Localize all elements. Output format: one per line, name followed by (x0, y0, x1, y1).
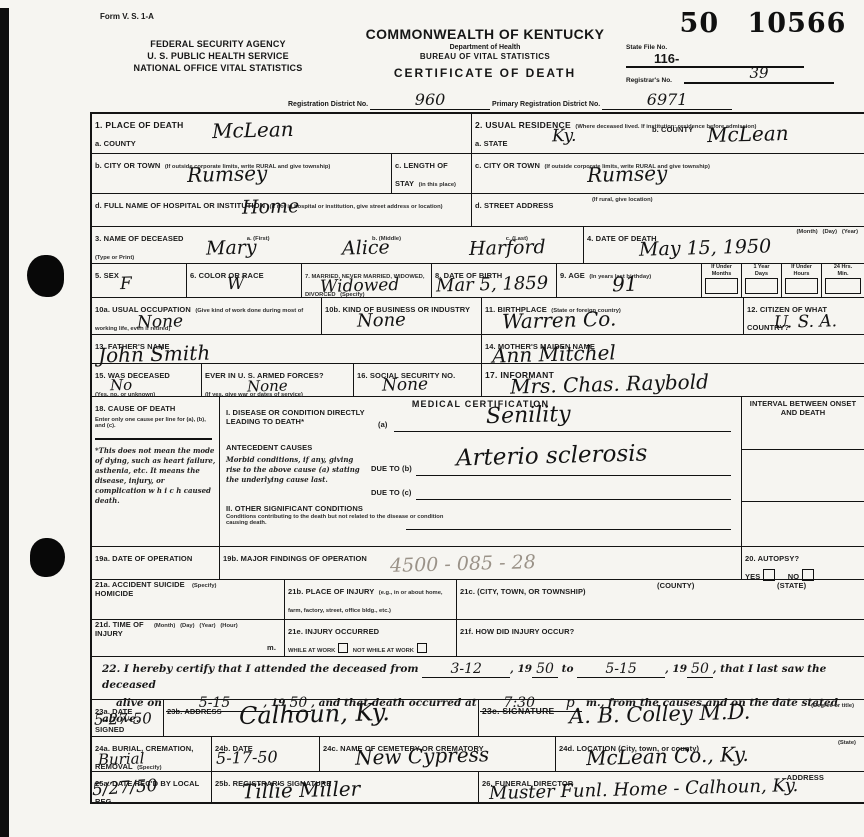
death-city-value: Rumsey (187, 163, 268, 185)
injury-time-suffix: m. (267, 644, 276, 653)
place-of-death-title: 1. PLACE OF DEATH (95, 120, 184, 130)
certificate-form: 1. PLACE OF DEATH a. COUNTY McLean b. CI… (90, 112, 864, 804)
residence-street-label: d. STREET ADDRESS (475, 201, 554, 210)
field-place-of-injury: 21b. PLACE OF INJURY (e.g., in or about … (285, 580, 457, 619)
section-place-of-death: 1. PLACE OF DEATH a. COUNTY McLean b. CI… (92, 114, 472, 226)
cause-title: 18. CAUSE OF DEATH (95, 404, 175, 413)
armed-forces-value: None (247, 378, 288, 394)
mother-value: Ann Mitchel (492, 342, 616, 365)
interval-label: INTERVAL BETWEEN ONSET AND DEATH (745, 400, 861, 417)
field-residence-street: d. STREET ADDRESS (If rural, give locati… (472, 194, 864, 223)
disease-suffix: (a) (378, 421, 387, 430)
date-received-value: 5/27/50 (91, 778, 158, 800)
reg-district-label: Registration District No. (288, 101, 368, 108)
due-b-value: Arterio sclerosis (456, 442, 648, 470)
field-autopsy: 20. AUTOPSY? YES NO (742, 547, 864, 579)
not-while-at-work-label: NOT WHILE AT WORK (353, 648, 414, 654)
field-date-of-operation: 19a. DATE OF OPERATION (92, 547, 220, 579)
field-funeral-director: 26. FUNERAL DIRECTOR ADDRESS Muster Funl… (479, 772, 864, 802)
row-accident-top: 21a. ACCIDENT SUICIDE HOMICIDE (Specify)… (92, 580, 864, 620)
death-county-label: a. COUNTY (95, 139, 136, 148)
sex-label: 5. SEX (95, 271, 119, 280)
cause-note1: Enter only one cause per line for (a), (… (95, 417, 216, 430)
agency-line-1: FEDERAL SECURITY AGENCY (98, 38, 338, 50)
due-c-label: DUE TO (c) (371, 489, 411, 498)
cause-note2: *This does not mean the mode of dying, s… (95, 446, 216, 507)
field-marital-status: 7. MARRIED, NEVER MARRIED, WIDOWED, DIVO… (302, 264, 432, 297)
field-color-race: 6. COLOR OR RACE W (187, 264, 302, 297)
row-registrar: 25a. DATE REC'D BY LOCAL REG. 5/27/50 25… (92, 772, 864, 802)
while-at-work-checkbox (338, 643, 348, 653)
name-title-note: (Type or Print) (95, 255, 134, 261)
signature-label: 23c. SIGNATURE (482, 706, 555, 716)
cemetery-location-value: McLean Co., Ky. (586, 744, 749, 768)
field-citizen: 12. CITIZEN OF WHAT COUNTRY? U. S. A. (744, 298, 864, 334)
age-col-months: If Under Months (702, 264, 742, 297)
field-death-county: 1. PLACE OF DEATH a. COUNTY McLean (92, 114, 471, 154)
row-death-city: b. CITY OR TOWN (If outside corporate li… (92, 154, 471, 194)
length-of-stay-note: (in this place) (419, 182, 456, 188)
row-cause-of-death: 18. CAUSE OF DEATH Enter only one cause … (92, 397, 864, 547)
title-block: COMMONWEALTH OF KENTUCKY Department of H… (330, 26, 640, 80)
age-value: 91 (612, 274, 638, 295)
ssn-value: None (382, 376, 429, 394)
field-cemetery-name: 24c. NAME OF CEMETERY OR CREMATORY New C… (320, 737, 556, 771)
bureau-subtitle: BUREAU OF VITAL STATISTICS (330, 52, 640, 61)
form-number: Form V. S. 1-A (100, 12, 154, 21)
residence-county-value: McLean (707, 123, 789, 145)
residence-city-label: c. CITY OR TOWN (475, 161, 540, 170)
age-months-box (705, 278, 738, 294)
disease-label: I. DISEASE OR CONDITION DIRECTLY LEADING… (226, 409, 376, 426)
field-registrar-signature: 25b. REGISTRAR'S SIGNATURE Tillie Miller (212, 772, 479, 802)
age-col-hours: If Under Hours (782, 264, 822, 297)
field-was-deceased: 15. WAS DECEASED (Yes, no, or unknown) N… (92, 364, 202, 396)
citizen-value: U. S. A. (774, 313, 838, 332)
age-col-days: 1 Year Days (742, 264, 782, 297)
registrar-no-value: 39 (684, 64, 834, 84)
medical-certification: MEDICAL CERTIFICATION I. DISEASE OR COND… (220, 397, 742, 546)
name-title: 3. NAME OF DECEASED (95, 234, 184, 243)
age-hours-box (785, 278, 818, 294)
field-armed-forces: EVER IN U. S. ARMED FORCES? (If yes, giv… (202, 364, 354, 396)
name-middle: b. (Middle) Alice (322, 227, 450, 263)
injury-state-label: (STATE) (777, 582, 806, 591)
signature-note: (Degree or title) (811, 703, 854, 709)
reg-district-value: 960 (370, 90, 490, 110)
field-hospital-name: d. FULL NAME OF HOSPITAL OR INSTITUTION … (92, 194, 471, 223)
certify-from-date: 3-12 (422, 661, 510, 678)
autopsy-no-checkbox (802, 569, 814, 581)
dob-value: Mar 5, 1859 (436, 275, 549, 296)
cause-of-death-sidebar: 18. CAUSE OF DEATH Enter only one cause … (92, 397, 220, 546)
row-demographics: 5. SEX F 6. COLOR OR RACE W 7. MARRIED, … (92, 264, 864, 298)
physician-signature-value: A. B. Colley M.D. (569, 702, 751, 728)
residence-city-value: Rumsey (587, 163, 668, 185)
interval-column: INTERVAL BETWEEN ONSET AND DEATH (742, 397, 864, 546)
field-occupation: 10a. USUAL OCCUPATION (Give kind of work… (92, 298, 322, 334)
field-residence-city: c. CITY OR TOWN (If outside corporate li… (472, 154, 864, 194)
name-first-value: Mary (206, 238, 257, 258)
industry-value: None (357, 311, 406, 330)
certify-from-year: 50 (532, 661, 558, 678)
commonwealth-title: COMMONWEALTH OF KENTUCKY (330, 26, 640, 42)
agency-line-3: NATIONAL OFFICE VITAL STATISTICS (98, 62, 338, 74)
row-certify-statement: 22. I hereby certify that I attended the… (92, 657, 864, 700)
was-deceased-value: No (110, 378, 133, 394)
row-name-dod: 3. NAME OF DECEASED (Type or Print) a. (… (92, 227, 864, 264)
age-label: 9. AGE (560, 271, 585, 280)
residence-state-value: Ky. (552, 128, 577, 146)
funeral-director-value: Muster Funl. Home - Calhoun, Ky. (489, 777, 799, 803)
operation-findings-value: 4500 - 085 - 28 (390, 553, 536, 576)
other-conditions-label: II. OTHER SIGNIFICANT CONDITIONS (226, 505, 735, 514)
field-how-injury-occurred: 21f. HOW DID INJURY OCCUR? (457, 620, 864, 656)
field-father-name: 13. FATHER'S NAME John Smith (92, 335, 482, 363)
field-mother-name: 14. MOTHER'S MAIDEN NAME Ann Mitchel (482, 335, 864, 363)
marital-value: Widowed (320, 277, 400, 296)
not-while-at-work-checkbox (417, 643, 427, 653)
dod-note: (Month) (Day) (Year) (796, 229, 858, 235)
field-date-signed: 23a. DATE SIGNED 5-27-50 (92, 700, 164, 736)
field-date-of-death: 4. DATE OF DEATH (Month) (Day) (Year) Ma… (584, 227, 864, 263)
row-burial: 24a. BURIAL, CREMATION, REMOVAL (Specify… (92, 737, 864, 772)
row-parents: 13. FATHER'S NAME John Smith 14. MOTHER'… (92, 335, 864, 364)
field-operation-findings: 19b. MAJOR FINDINGS OF OPERATION 4500 - … (220, 547, 742, 579)
certify-text-4: , 19 (665, 663, 687, 675)
residence-street-note: (If rural, give location) (592, 197, 653, 203)
registrar-no-row: Registrar's No.39 (626, 64, 852, 84)
sex-value: F (120, 276, 132, 293)
injury-occurred-label: 21e. INJURY OCCURRED (288, 627, 379, 636)
was-deceased-label: 15. WAS DECEASED (95, 371, 170, 380)
death-county-value: McLean (212, 119, 294, 141)
autopsy-label: 20. AUTOPSY? (745, 554, 799, 563)
row-accident-bottom: 21d. TIME OF INJURY (Month) (Day) (Year)… (92, 620, 864, 657)
while-at-work-label: WHILE AT WORK (288, 648, 335, 654)
primary-district-label: Primary Registration District No. (492, 101, 600, 108)
age-days-box (745, 278, 778, 294)
field-date-of-birth: 8. DATE OF BIRTH Mar 5, 1859 (432, 264, 557, 297)
residence-county-label: b. COUNTY (652, 126, 693, 135)
informant-value: Mrs. Chas. Raybold (510, 371, 709, 396)
registration-district-row: Registration District No. 960 Primary Re… (288, 88, 788, 108)
section-name-of-deceased: 3. NAME OF DECEASED (Type or Print) a. (… (92, 227, 584, 263)
operation-findings-label: 19b. MAJOR FINDINGS OF OPERATION (223, 554, 367, 563)
certify-text-1: 22. I hereby certify that I attended the… (102, 663, 419, 675)
name-first: a. (First) Mary (194, 227, 322, 263)
field-informant: 17. INFORMANT Mrs. Chas. Raybold (482, 364, 864, 396)
field-injury-location: 21c. (CITY, TOWN, OR TOWNSHIP) (COUNTY) … (457, 580, 864, 619)
agency-line-2: U. S. PUBLIC HEALTH SERVICE (98, 50, 338, 62)
certificate-title: CERTIFICATE OF DEATH (330, 66, 640, 80)
row-forces-ssn-informant: 15. WAS DECEASED (Yes, no, or unknown) N… (92, 364, 864, 397)
other-conditions-note: Conditions contributing to the death but… (226, 514, 456, 527)
file-number-stamp: 50 10566 (668, 8, 858, 39)
physician-address-label: 23b. ADDRESS (167, 707, 222, 716)
registrar-no-label: Registrar's No. (626, 77, 684, 84)
field-industry: 10b. KIND OF BUSINESS OR INDUSTRY None (322, 298, 482, 334)
certify-to-date: 5-15 (577, 661, 665, 678)
row-physician: 23a. DATE SIGNED 5-27-50 23b. ADDRESS Ca… (92, 700, 864, 737)
scan-left-edge (0, 8, 9, 837)
age-min-box (825, 278, 861, 294)
punch-hole-bottom (30, 538, 65, 577)
age-under-grid: If Under Months 1 Year Days If Under Hou… (702, 264, 864, 297)
antecedent-label: ANTECEDENT CAUSES (226, 443, 312, 452)
state-file-label: State File No. (626, 44, 684, 51)
field-length-of-stay: c. LENGTH OF STAY (in this place) (392, 154, 471, 193)
field-time-of-injury: 21d. TIME OF INJURY (Month) (Day) (Year)… (92, 620, 285, 656)
punch-hole-top (27, 255, 64, 297)
burial-value: Burial (98, 751, 145, 767)
father-value: John Smith (98, 343, 211, 366)
row-residence-state-county: 2. USUAL RESIDENCE (Where deceased lived… (472, 114, 864, 154)
certify-text-3: to (562, 663, 574, 675)
field-burial-date: 24b. DATE 5-17-50 (212, 737, 320, 771)
name-parts: a. (First) Mary b. (Middle) Alice c. (La… (194, 227, 583, 263)
department-subtitle: Department of Health (330, 44, 640, 51)
name-last: c. (Last) Harford (451, 227, 583, 263)
field-burial-type: 24a. BURIAL, CREMATION, REMOVAL (Specify… (92, 737, 212, 771)
due-b-label: DUE TO (b) (371, 465, 412, 474)
occupation-value: None (137, 313, 184, 331)
injury-place-label: 21b. PLACE OF INJURY (288, 587, 374, 596)
field-physician-signature: 23c. SIGNATURE (Degree or title) A. B. C… (479, 700, 864, 736)
injury-city-label: 21c. (CITY, TOWN, OR TOWNSHIP) (460, 587, 586, 596)
cemetery-location-note: (State) (838, 740, 856, 746)
registrar-signature-value: Tillie Miller (242, 778, 361, 801)
row-occupation: 10a. USUAL OCCUPATION (Give kind of work… (92, 298, 864, 335)
field-injury-occurred: 21e. INJURY OCCURRED WHILE AT WORK NOT W… (285, 620, 457, 656)
hospital-value: Home (242, 197, 300, 217)
field-ssn: 16. SOCIAL SECURITY NO. None (354, 364, 482, 396)
name-middle-value: Alice (342, 238, 390, 258)
accident-note: (Specify) (192, 583, 216, 589)
residence-state-label: a. STATE (475, 139, 508, 148)
section-usual-residence: 2. USUAL RESIDENCE (Where deceased lived… (472, 114, 864, 226)
race-value: W (227, 276, 245, 293)
field-age: 9. AGE (In years last birthday) 91 (557, 264, 702, 297)
date-signed-value: 5-27-50 (94, 711, 152, 728)
birthplace-value: Warren Co. (502, 309, 617, 332)
field-sex: 5. SEX F (92, 264, 187, 297)
row-place-residence: 1. PLACE OF DEATH a. COUNTY McLean b. CI… (92, 114, 864, 227)
age-col-min: 24 Hrs. Min. (822, 264, 864, 297)
autopsy-yes-checkbox (763, 569, 775, 581)
field-date-received: 25a. DATE REC'D BY LOCAL REG. 5/27/50 (92, 772, 212, 802)
dod-value: May 15, 1950 (639, 237, 772, 259)
field-accident-type: 21a. ACCIDENT SUICIDE HOMICIDE (Specify) (92, 580, 285, 619)
certify-text-2: , 19 (510, 663, 532, 675)
row-operation: 19a. DATE OF OPERATION 19b. MAJOR FINDIN… (92, 547, 864, 580)
cemetery-value: New Cypress (355, 744, 490, 768)
physician-address-value: Calhoun, Ky. (239, 700, 390, 728)
death-city-label: b. CITY OR TOWN (95, 161, 160, 170)
primary-district-value: 6971 (602, 90, 732, 110)
certify-to-year: 50 (687, 661, 713, 678)
field-birthplace: 11. BIRTHPLACE (State or foreign country… (482, 298, 744, 334)
hospital-label: d. FULL NAME OF HOSPITAL OR INSTITUTION (95, 201, 265, 210)
injury-county-label: (COUNTY) (657, 582, 694, 591)
injury-time-note: (Month) (Day) (Year) (Hour) (154, 623, 238, 629)
morbid-note: Morbid conditions, if any, giving rise t… (226, 455, 361, 485)
field-cemetery-location: 24d. LOCATION (City, town, or county) (S… (556, 737, 864, 771)
accident-label: 21a. ACCIDENT SUICIDE HOMICIDE (95, 581, 185, 598)
name-title-block: 3. NAME OF DECEASED (Type or Print) (92, 227, 194, 263)
field-death-city: b. CITY OR TOWN (If outside corporate li… (92, 154, 392, 193)
how-injury-label: 21f. HOW DID INJURY OCCUR? (460, 627, 574, 636)
agency-block: FEDERAL SECURITY AGENCY U. S. PUBLIC HEA… (98, 38, 338, 74)
operation-date-label: 19a. DATE OF OPERATION (95, 554, 192, 563)
disease-value: Senility (486, 404, 571, 428)
field-physician-address: 23b. ADDRESS Calhoun, Ky. (164, 700, 479, 736)
injury-time-label: 21d. TIME OF INJURY (95, 621, 150, 638)
name-last-value: Harford (468, 238, 545, 259)
burial-date-value: 5-17-50 (216, 749, 278, 767)
